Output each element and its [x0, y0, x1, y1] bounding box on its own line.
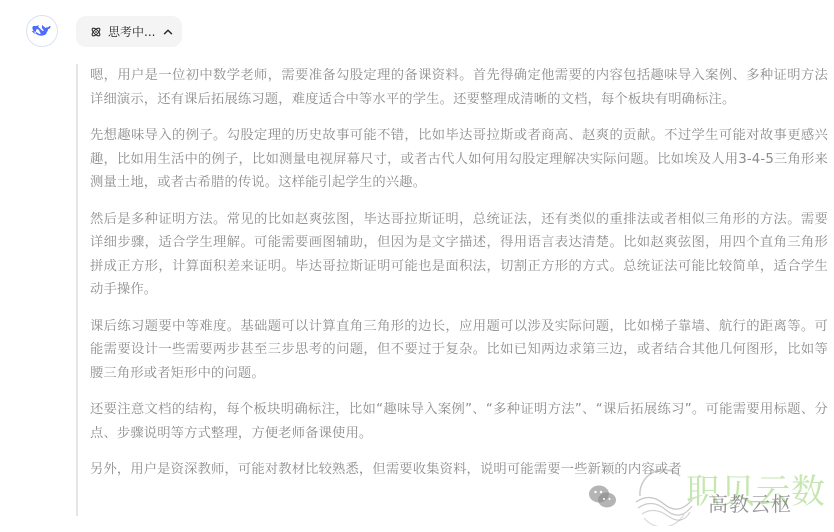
chat-page: 思考中... 嗯，用户是一位初中数学老师，需要准备勾股定理的备课资料。首先得确定…: [0, 0, 834, 532]
chevron-up-icon: [163, 27, 173, 37]
thought-paragraph: 先想趣味导入的例子。勾股定理的历史故事可能不错，比如毕达哥拉斯或者商高、赵爽的贡…: [90, 124, 828, 195]
thinking-toggle-button[interactable]: 思考中...: [76, 16, 182, 47]
thought-paragraph: 课后练习题要中等难度。基础题可以计算直角三角形的边长，应用题可以涉及实际问题，比…: [90, 315, 828, 386]
thought-paragraph: 还要注意文档的结构，每个板块明确标注，比如“趣味导入案例”、“多种证明方法”、“…: [90, 398, 828, 445]
thinking-content: 嗯，用户是一位初中数学老师，需要准备勾股定理的备课资料。首先得确定他需要的内容包…: [76, 64, 828, 516]
thought-paragraph: 然后是多种证明方法。常见的比如赵爽弦图，毕达哥拉斯证明，总统证法，还有类似的重排…: [90, 208, 828, 302]
atom-icon: [90, 26, 102, 38]
thinking-status-label: 思考中...: [108, 23, 155, 40]
thought-paragraph: 嗯，用户是一位初中数学老师，需要准备勾股定理的备课资料。首先得确定他需要的内容包…: [90, 64, 828, 111]
thought-paragraph: 另外，用户是资深教师，可能对教材比较熟悉，但需要收集资料，说明可能需要一些新颖的…: [90, 458, 828, 482]
deepseek-whale-icon: [31, 20, 53, 42]
assistant-avatar: [26, 15, 58, 47]
